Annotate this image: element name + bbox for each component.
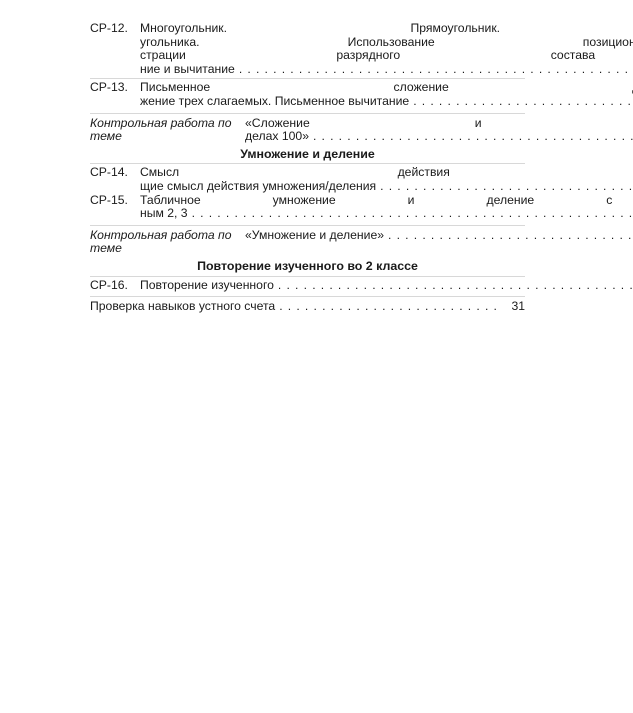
entry-text-line: Смысл действия умножения/деления. Задачи… — [140, 166, 633, 180]
entry-text-last-line: делах 100» — [245, 130, 309, 144]
entry-text-last-line: Повторение изученного — [140, 279, 274, 293]
entry-code: СР-14. — [90, 166, 140, 193]
entry-text-line: Многоугольник. Прямоугольник. Квадрат. П… — [140, 22, 633, 36]
entry-code: СР-13. — [90, 81, 140, 108]
dot-leader — [278, 279, 633, 293]
entry-text-line: Табличное умножение и деление с числом 2… — [140, 194, 633, 208]
dot-leader — [388, 229, 633, 243]
entry-text-line: «Сложение и вычитание чисел в пре- — [245, 117, 633, 131]
toc-entry-oral-check[interactable]: Проверка навыков устного счета 31 — [90, 296, 525, 314]
table-of-contents: СР-12. Многоугольник. Прямоугольник. Ква… — [90, 22, 525, 314]
toc-entry-sr-12[interactable]: СР-12. Многоугольник. Прямоугольник. Ква… — [90, 22, 525, 76]
entry-text-line: угольника. Использование позиционного аб… — [140, 36, 633, 50]
entry-code: СР-12. — [90, 22, 140, 76]
dot-leader — [279, 300, 501, 314]
entry-text-last-line: ным 2, 3 — [140, 207, 188, 221]
entry-code: СР-16. — [90, 279, 140, 293]
toc-entry-control-2[interactable]: Контрольная работа по теме «Умножение и … — [90, 225, 525, 256]
entry-text-last-line: жение трех слагаемых. Письменное вычитан… — [140, 95, 409, 109]
entry-text-last-line: Проверка навыков устного счета — [90, 300, 275, 314]
dot-leader — [192, 207, 633, 221]
toc-entry-sr-15[interactable]: СР-15. Табличное умножение и деление с ч… — [90, 194, 525, 221]
toc-entry-sr-16[interactable]: СР-16. Повторение изученного 30 — [90, 276, 525, 293]
entry-text-line: Письменное сложение двух слагаемых. Пись… — [140, 81, 633, 95]
entry-text-last-line: ние и вычитание — [140, 63, 235, 77]
dot-leader — [313, 130, 633, 144]
toc-entry-control-1[interactable]: Контрольная работа по теме «Сложение и в… — [90, 113, 525, 144]
section-heading-review: Повторение изученного во 2 классе — [90, 260, 525, 274]
page-number: 31 — [505, 300, 525, 314]
dot-leader — [239, 63, 633, 77]
section-heading-multiplication: Умножение и деление — [90, 148, 525, 162]
toc-entry-sr-14[interactable]: СР-14. Смысл действия умножения/деления.… — [90, 163, 525, 193]
entry-label-italic: Контрольная работа по теме — [90, 229, 245, 256]
entry-text-line: страции разрядного состава чисел. Письме… — [140, 49, 633, 63]
dot-leader — [380, 180, 633, 194]
entry-text-last-line: «Умножение и деление» — [245, 229, 384, 243]
entry-code: СР-15. — [90, 194, 140, 221]
dot-leader — [413, 95, 633, 109]
entry-label-italic: Контрольная работа по теме — [90, 117, 245, 144]
toc-entry-sr-13[interactable]: СР-13. Письменное сложение двух слагаемы… — [90, 78, 525, 108]
entry-text-last-line: щие смысл действия умножения/деления — [140, 180, 376, 194]
